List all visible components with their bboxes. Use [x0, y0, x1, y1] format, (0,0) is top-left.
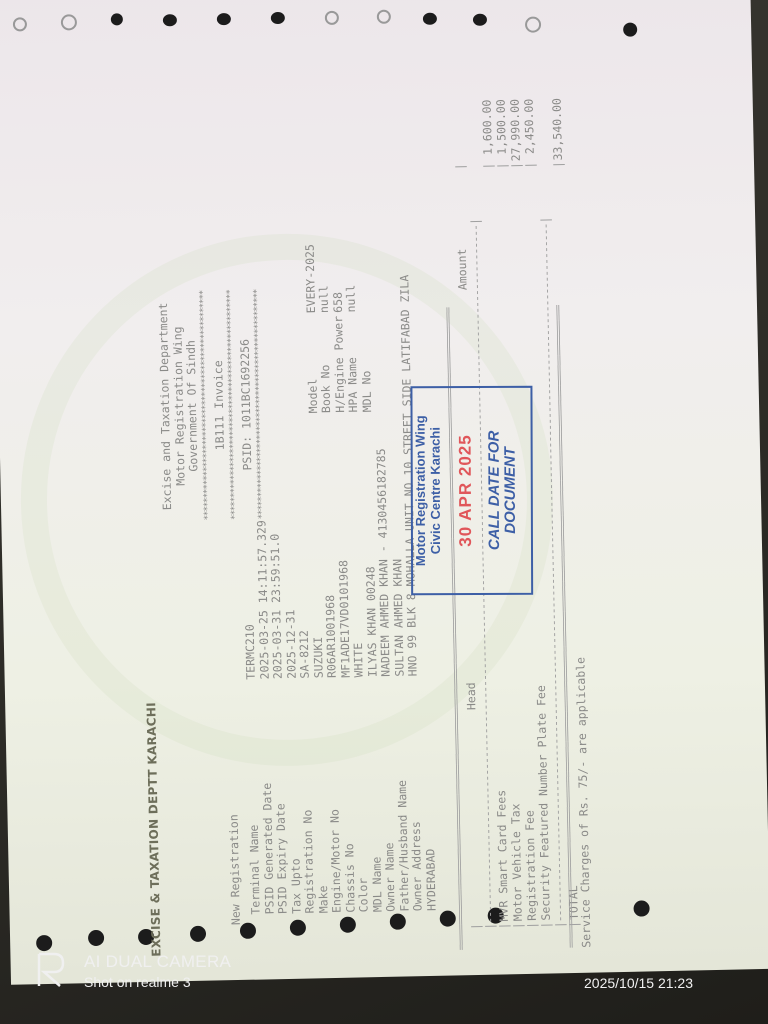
camera-label: AI DUAL CAMERA [84, 952, 231, 972]
registration-fields: Terminal NameTERMC210PSID Generated Date… [250, 911, 439, 915]
field-label: Color [357, 878, 371, 913]
tractor-feed-holes-top [0, 0, 759, 40]
department-footer: EXCISE & TAXATION DEPTT KARACHI [145, 702, 164, 957]
realme-logo-icon [36, 952, 66, 988]
field-value: 2025-03-31 23:59:51.0 [269, 534, 286, 680]
photo: EXCISE & TAXATION DEPTT KARACHI Excise a… [0, 0, 768, 1024]
photo-timestamp: 2025/10/15 21:23 [584, 975, 693, 991]
stamp-call-line-2: DOCUMENT [502, 388, 519, 593]
field-label: HYDERABAD [424, 849, 439, 912]
stamp-line-2: Civic Centre Karachi [427, 388, 443, 593]
stamp-date: 30 APR 2025 [458, 388, 472, 593]
field-value-2: null [317, 285, 331, 313]
field-value-2: EVERY-2025 [303, 244, 318, 314]
invoice-print: EXCISE & TAXATION DEPTT KARACHI Excise a… [92, 45, 721, 958]
field-label: Registration No [301, 810, 317, 914]
invoice-header: Excise and Taxation Department Motor Reg… [155, 234, 270, 576]
field-value-2: null [344, 285, 358, 313]
field-label-2: MDL No [360, 371, 374, 413]
paper-sheet: EXCISE & TAXATION DEPTT KARACHI Excise a… [0, 0, 768, 985]
stamp-call-line-1: CALL DATE FOR [486, 388, 503, 593]
camera-model: Shot on realme 3 [84, 974, 191, 990]
field-label-2: HPA Name [346, 357, 361, 413]
field-value: MF1ADE17VD0101968 [337, 560, 353, 678]
stamp-line-1: Motor Registration Wing [412, 388, 428, 593]
field-value: WHITE [352, 643, 366, 678]
call-date-stamp: Motor Registration Wing Civic Centre Kar… [410, 386, 533, 595]
section-title: New Registration [228, 814, 244, 925]
fee-amount: 2,450.00 [523, 99, 538, 155]
head-column-header: Head [465, 682, 479, 710]
